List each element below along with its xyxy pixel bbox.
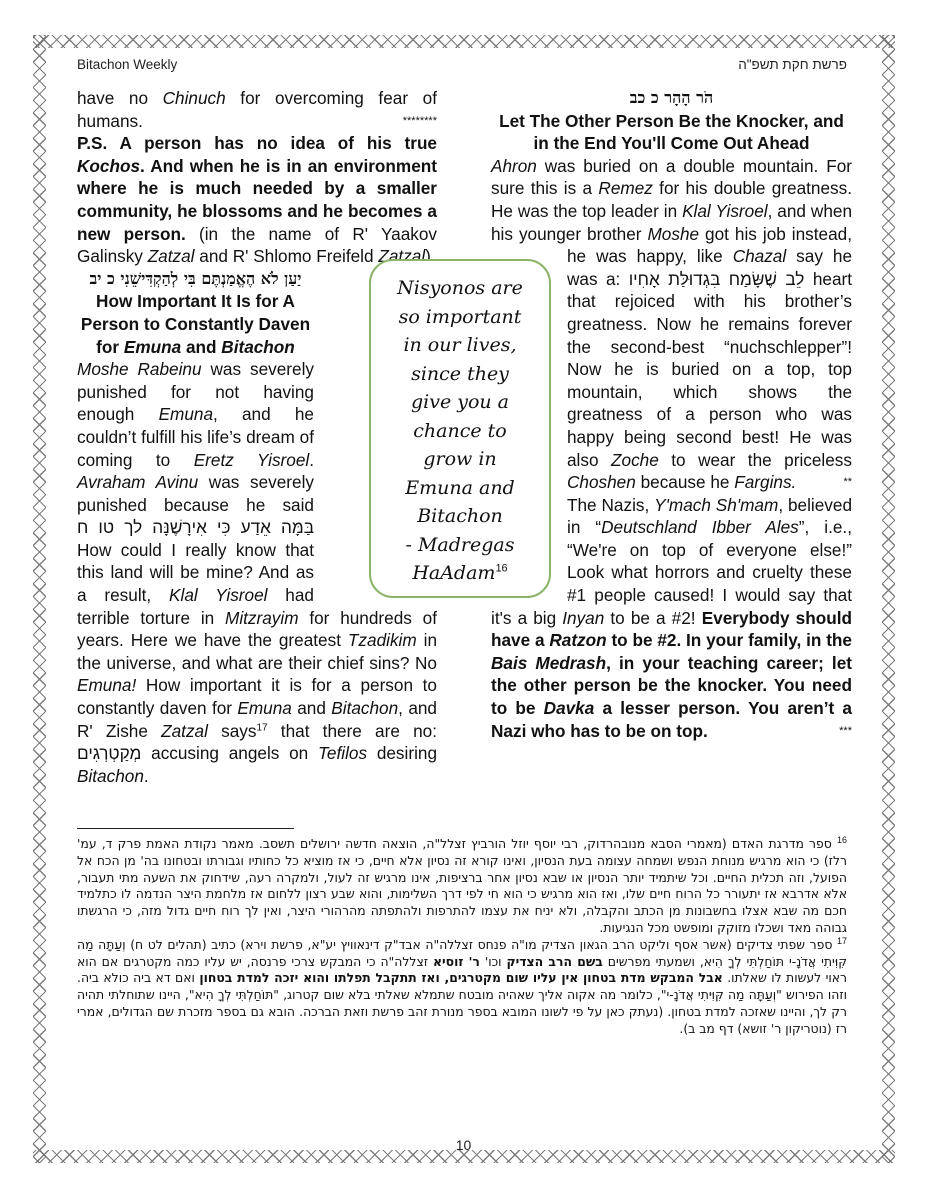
separator-stars: ** — [843, 471, 852, 494]
pull-quote-attribution: HaAdam16 — [371, 559, 549, 588]
pull-quote-line: - Madregas — [371, 531, 549, 560]
ps-paragraph: P.S. A person has no idea of his true Ko… — [77, 132, 437, 268]
separator-stars: ******** — [403, 110, 437, 133]
hebrew-quote: בַּמָּה אֵדַע כִּי אִירָשֶׁנָּה לך טו ח — [77, 517, 314, 537]
continued-paragraph: have no Chinuch for overcoming fear of h… — [77, 87, 437, 132]
footnote-ref-17[interactable]: 17 — [256, 722, 267, 733]
page-border-left — [33, 35, 46, 1163]
pull-quote-line: in our lives, — [371, 331, 549, 360]
pull-quote-line: Nisyonos are — [371, 274, 549, 303]
page-border-top — [33, 35, 895, 48]
pull-quote-line: give you a — [371, 388, 549, 417]
parsha-title: פרשת חקת תשפ"ה — [738, 57, 847, 72]
running-header: Bitachon Weekly פרשת חקת תשפ"ה — [77, 57, 847, 77]
pull-quote-line: Bitachon — [371, 502, 549, 531]
footnotes: 16 ספר מדרגת האדם (מאמרי הסבא מנובהרדוק,… — [77, 836, 847, 1038]
section-title: Let The Other Person Be the Knocker, and… — [491, 110, 852, 155]
pull-quote-line: so important — [371, 303, 549, 332]
publication-title: Bitachon Weekly — [77, 57, 177, 72]
hebrew-quote: לֵב שֶׁשָּׂמַח בִּגְדוּלַּת אָחִיו — [629, 269, 805, 289]
section-hebrew-verse: הֹר הָהָר כ כב — [491, 87, 852, 110]
pull-quote-line: since they — [371, 360, 549, 389]
page-border-right — [882, 35, 895, 1163]
hebrew-word: מְקַטְרְגִים — [77, 743, 141, 763]
pull-quote-box: Nisyonos are so important in our lives, … — [369, 259, 551, 598]
footnote-separator — [77, 828, 294, 829]
footnote-17: 17 ספר שפתי צדיקים (אשר אסף וליקט הרב הג… — [77, 937, 847, 1038]
footnote-number: 16 — [837, 835, 847, 845]
footnote-ref-16[interactable]: 16 — [495, 563, 507, 575]
footnote-number: 17 — [837, 936, 847, 946]
pull-quote-line: grow in — [371, 445, 549, 474]
pull-quote-line: chance to — [371, 417, 549, 446]
pull-quote-line: Emuna and — [371, 474, 549, 503]
footnote-16: 16 ספר מדרגת האדם (מאמרי הסבא מנובהרדוק,… — [77, 836, 847, 937]
page-number: 10 — [0, 1137, 927, 1153]
separator-stars: *** — [839, 720, 852, 743]
